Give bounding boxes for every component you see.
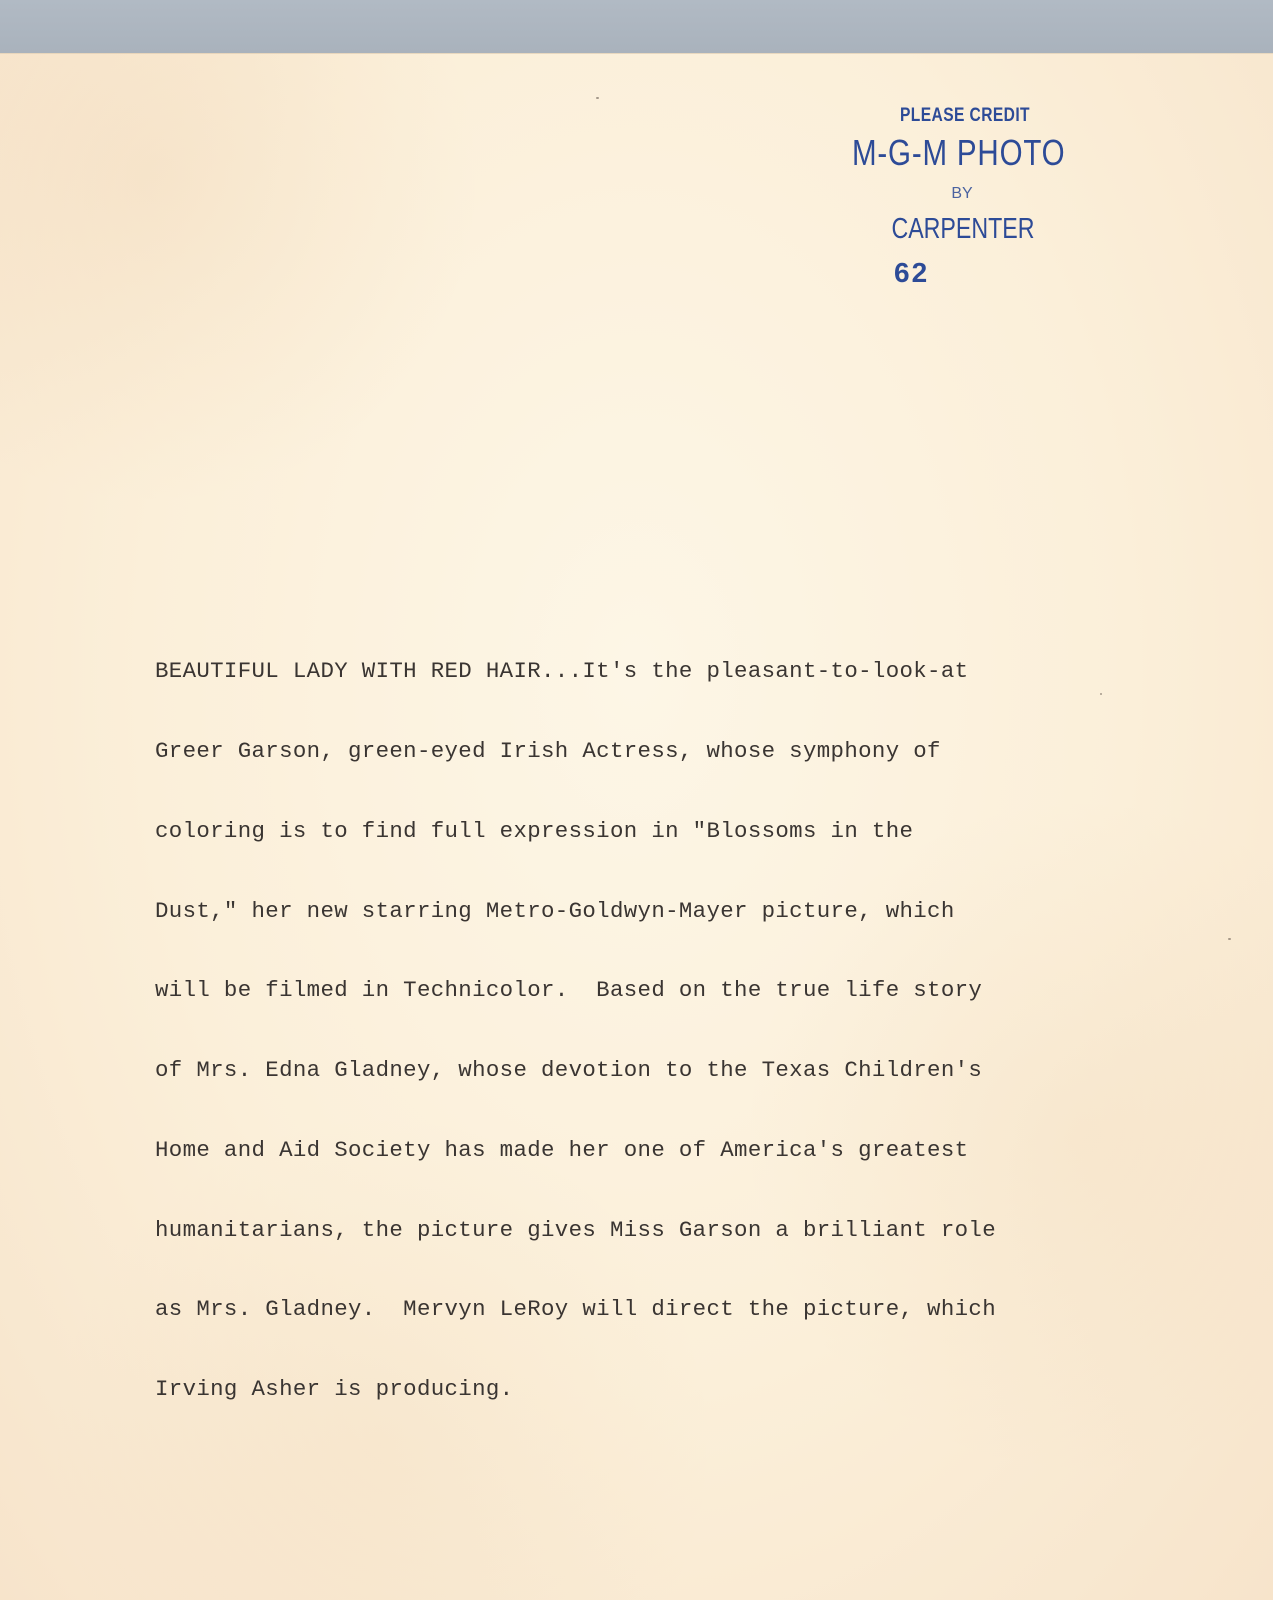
caption-line: coloring is to find full expression in "…: [155, 818, 1155, 845]
caption-line: BEAUTIFUL LADY WITH RED HAIR...It's the …: [155, 658, 1155, 685]
typed-caption: BEAUTIFUL LADY WITH RED HAIR...It's the …: [155, 605, 1155, 1429]
caption-line: will be filmed in Technicolor. Based on …: [155, 977, 1155, 1004]
caption-line: Irving Asher is producing.: [155, 1376, 1155, 1403]
stamp-studio: M-G-M PHOTO: [852, 132, 1047, 174]
paper-speck: [596, 97, 599, 99]
stamp-number: 62: [894, 256, 1090, 290]
stamp-photographer: CARPENTER: [861, 212, 1064, 246]
caption-line: of Mrs. Edna Gladney, whose devotion to …: [155, 1057, 1155, 1084]
credit-stamp: PLEASE CREDIT M-G-M PHOTO BY CARPENTER 6…: [850, 102, 1090, 290]
scan-backdrop: [0, 0, 1273, 54]
caption-line: humanitarians, the picture gives Miss Ga…: [155, 1217, 1155, 1244]
caption-line: as Mrs. Gladney. Mervyn LeRoy will direc…: [155, 1296, 1155, 1323]
stamp-by: BY: [834, 182, 1090, 206]
caption-line: Dust," her new starring Metro-Goldwyn-Ma…: [155, 898, 1155, 925]
caption-line: Home and Aid Society has made her one of…: [155, 1137, 1155, 1164]
stamp-please-credit: PLEASE CREDIT: [863, 102, 1068, 130]
paper-speck: [1228, 938, 1231, 940]
caption-line: Greer Garson, green-eyed Irish Actress, …: [155, 738, 1155, 765]
